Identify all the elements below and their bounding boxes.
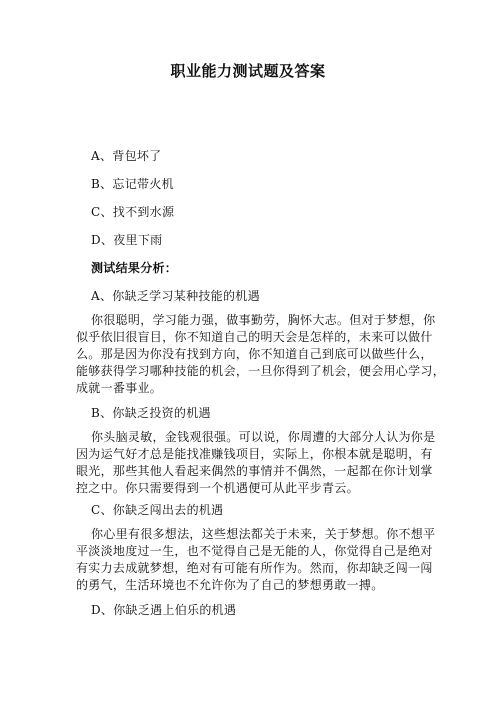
paragraph-line: 你头脑灵敏，金钱观很强。可以说，你周遭的大部分人认为你是 xyxy=(91,428,435,445)
result-a-heading: A、你缺乏学习某种技能的机遇 xyxy=(91,287,260,304)
paragraph-line: 成就一番事业。 xyxy=(76,379,162,396)
result-c-heading: C、你缺乏闯出去的机遇 xyxy=(91,501,223,518)
paragraph-line: 能够获得学习哪种技能的机会，一旦你得到了机会，便会用心学习， xyxy=(76,362,445,379)
result-b-heading: B、你缺乏投资的机遇 xyxy=(91,404,211,421)
paragraph-line: 平淡淡地度过一生，也不觉得自己是无能的人，你觉得自己是绝对 xyxy=(76,542,433,559)
result-d-heading: D、你缺乏遇上伯乐的机遇 xyxy=(91,601,236,618)
option-b: B、忘记带火机 xyxy=(91,175,174,192)
option-a: A、背包坏了 xyxy=(91,147,161,164)
paragraph-line: 么。那是因为你没有找到方向，你不知道自己到底可以做些什么， xyxy=(76,345,433,362)
page-title: 职业能力测试题及答案 xyxy=(0,60,496,81)
paragraph-line: 你心里有很多想法，这些想法都关于未来，关于梦想。你不想平 xyxy=(91,525,435,542)
paragraph-line: 你很聪明，学习能力强，做事勤劳，胸怀大志。但对于梦想，你 xyxy=(91,311,435,328)
paragraph-line: 的勇气，生活环境也不允许你为了自己的梦想勇敢一搏。 xyxy=(76,576,384,593)
option-c: C、找不到水源 xyxy=(91,203,174,220)
paragraph-line: 似乎依旧很盲目，你不知道自己的明天会是怎样的，未来可以做什 xyxy=(76,328,433,345)
paragraph-line: 因为运气好才总是能找准赚钱项目，实际上，你根本就是聪明，有 xyxy=(76,445,433,462)
paragraph-line: 有实力去成就梦想，绝对有可能有所作为。然而，你却缺乏闯一闯 xyxy=(76,559,433,576)
analysis-heading: 测试结果分析： xyxy=(91,259,177,276)
paragraph-line: 控之中。你只需要得到一个机遇便可从此平步青云。 xyxy=(76,479,359,496)
option-d: D、夜里下雨 xyxy=(91,231,162,248)
paragraph-line: 眼光，那些其他人看起来偶然的事情并不偶然，一起都在你计划掌 xyxy=(76,462,433,479)
